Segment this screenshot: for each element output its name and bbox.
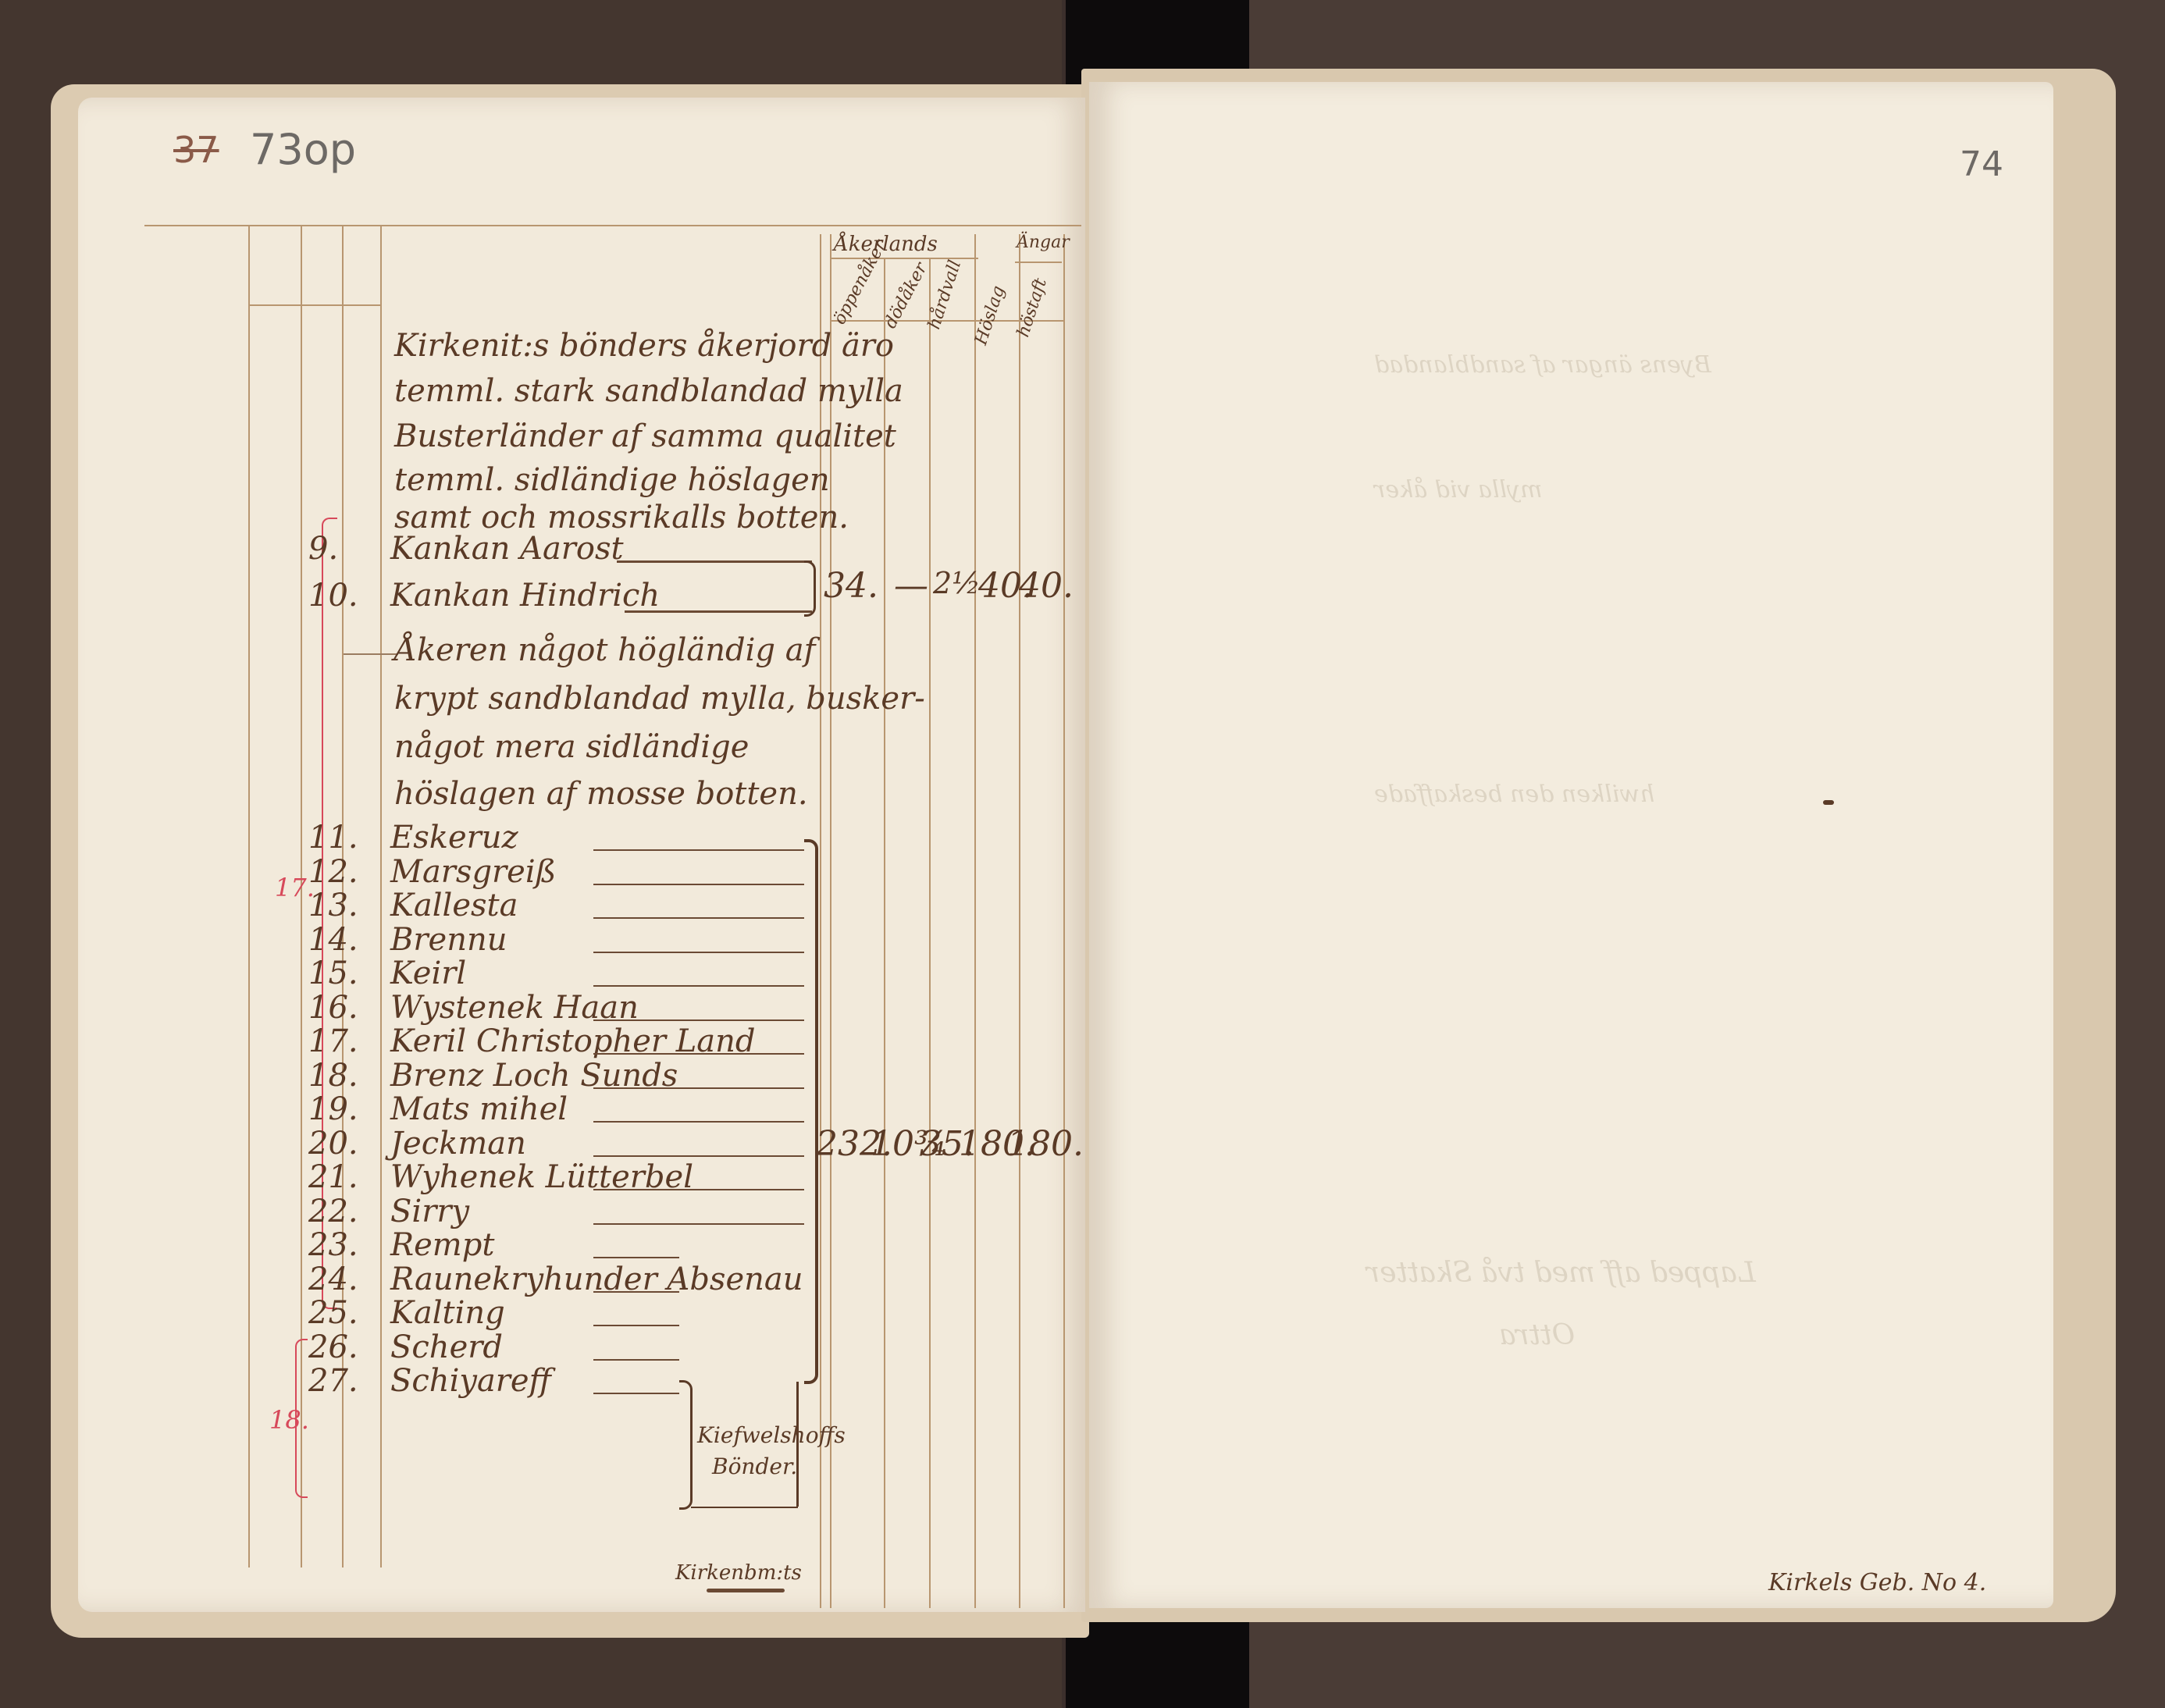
entry-number: 24. — [308, 1261, 371, 1297]
entry-number: 11. — [308, 820, 371, 856]
group-1-value-5: 40. — [1019, 566, 1074, 606]
struck-folio-number: 37 — [173, 129, 219, 171]
bleed-through-line: Ottra — [1499, 1319, 1575, 1351]
entry-line — [593, 1155, 804, 1157]
group-1-bracket — [804, 560, 816, 617]
para1-line-3: Busterländer af samma qualitet — [394, 418, 896, 454]
sub-bracket-note-line-1: Kiefwelshoffs — [697, 1422, 846, 1448]
sub-bracket-note-line-2: Bönder. — [712, 1454, 797, 1479]
entry-name: Rempt — [390, 1227, 494, 1263]
header-subgroup-rule — [830, 258, 978, 259]
footer-flourish — [707, 1589, 785, 1592]
entry-line — [593, 1189, 804, 1190]
entry-line — [593, 1325, 679, 1326]
bleed-through-line: hwilken den beskaffade — [1374, 781, 1654, 808]
entry-number: 27. — [308, 1363, 371, 1399]
entry-number: 15. — [308, 955, 371, 991]
entry-name: Eskeruz — [390, 820, 518, 856]
para2-line-1: Åkeren något högländig af — [394, 632, 815, 668]
entry-line — [617, 560, 812, 563]
entry-name: Brennu — [390, 922, 507, 958]
entry-number: 26. — [308, 1329, 371, 1365]
para2-lead-line — [344, 653, 398, 655]
entry-number: 22. — [308, 1194, 371, 1229]
col-group-header-angar: Ängar — [1017, 233, 1070, 252]
entry-line — [593, 1087, 804, 1089]
bleed-through-line: Byens ängar af sandblandad — [1374, 351, 1711, 379]
entry-number: 18. — [308, 1058, 371, 1094]
entry-line — [625, 610, 812, 613]
entry-line — [593, 1053, 804, 1055]
entry-name: Jeckman — [390, 1126, 526, 1162]
entry-name: Schiyareff — [390, 1363, 551, 1399]
entry-number: 20. — [308, 1126, 371, 1162]
top-rule — [144, 225, 1081, 226]
pencil-page-number: 74 — [1960, 144, 2003, 184]
entry-line — [593, 1257, 679, 1258]
para2-line-3: något mera sidländige — [394, 729, 749, 765]
entry-number: 10. — [308, 578, 371, 614]
entry-number: 14. — [308, 922, 371, 958]
entry-line — [593, 1223, 804, 1225]
bleed-through-line: mylla vid åker — [1374, 476, 1542, 504]
bleed-through-line: Lapped aff med två Skatter — [1366, 1257, 1756, 1289]
col-rule-e — [974, 234, 976, 1608]
para1-line-2: temml. stark sandblandad mylla — [394, 373, 903, 409]
col-rule-d — [929, 258, 931, 1608]
entry-line — [593, 1359, 679, 1361]
entry-name: Kankan Hindrich — [390, 578, 660, 614]
group-1-value-1: 34. — [824, 566, 878, 606]
entry-line — [593, 952, 804, 953]
entry-line — [593, 917, 804, 919]
entry-line — [593, 1019, 804, 1021]
entry-name: Sirry — [390, 1194, 469, 1229]
entry-number: 16. — [308, 990, 371, 1026]
entry-name: Keirl — [390, 955, 466, 991]
entry-number: 19. — [308, 1091, 371, 1127]
red-margin-number-18: 18. — [269, 1405, 309, 1435]
entry-line — [593, 1291, 679, 1293]
entry-line — [593, 1393, 679, 1394]
margin-rule-1 — [248, 225, 250, 1567]
para1-line-1: Kirkenit:s bönders åkerjord äro — [394, 328, 894, 364]
entry-name: Kankan Aarost — [390, 531, 624, 567]
group-2-value-5: 180. — [1007, 1124, 1084, 1164]
entry-line — [593, 1121, 804, 1123]
margin-rule-4 — [380, 225, 382, 1567]
col-rule-f — [1019, 234, 1020, 1608]
right-page — [1089, 82, 2053, 1608]
para1-line-4: temml. sidländige höslagen — [394, 462, 830, 498]
entry-name: Mats mihel — [390, 1091, 568, 1127]
entry-number: 12. — [308, 854, 371, 890]
sub-bracket-box-right — [796, 1382, 799, 1507]
footer-catchword: Kirkels Geb. No 4. — [1768, 1569, 1986, 1596]
entry-number: 13. — [308, 888, 371, 923]
header-subgroup-rule-2 — [1015, 262, 1062, 263]
sub-bracket-24-27 — [679, 1380, 693, 1510]
entry-name: Kalting — [390, 1295, 505, 1331]
para2-line-4: höslagen af mosse botten. — [394, 776, 808, 812]
pencil-folio-number: 73op — [250, 125, 356, 174]
footer-note: Kirkenbm:ts — [675, 1561, 802, 1585]
entry-name: Scherd — [390, 1329, 503, 1365]
col-rule-c — [884, 258, 885, 1608]
group-1-value-2: — — [894, 566, 928, 606]
entry-line — [593, 884, 804, 885]
para2-line-2: krypt sandblandad mylla, busker- — [394, 681, 925, 717]
entry-name: Kallesta — [390, 888, 518, 923]
col-rule-g — [1063, 234, 1065, 1608]
entry-number: 23. — [308, 1227, 371, 1263]
entry-number: 21. — [308, 1159, 371, 1195]
entry-name: Marsgreiß — [390, 854, 556, 890]
header-rule-short — [250, 304, 381, 306]
group-2-bracket — [804, 839, 818, 1384]
entry-number: 25. — [308, 1295, 371, 1331]
ink-spot — [1823, 800, 1834, 805]
entry-line — [593, 849, 804, 851]
entry-number: 9. — [308, 531, 371, 567]
sub-bracket-box-bottom — [691, 1507, 798, 1508]
entry-line — [593, 985, 804, 987]
entry-number: 17. — [308, 1023, 371, 1059]
group-1-value-3: 2½ — [933, 566, 981, 600]
